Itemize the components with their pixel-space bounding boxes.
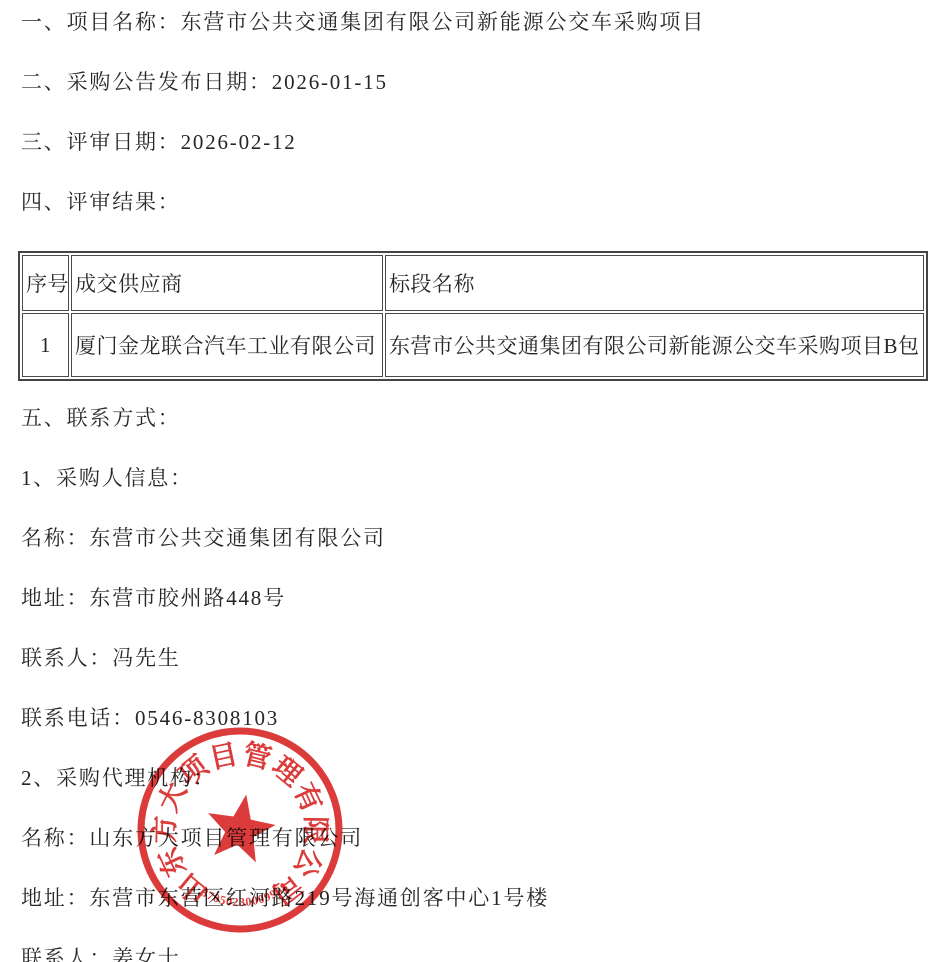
purchaser-contact-line: 联系人：冯先生 — [21, 647, 932, 669]
evaluation-result-table: 序号 成交供应商 标段名称 1 厦门金龙联合汽车工业有限公司 东营市公共交通集团… — [18, 251, 928, 381]
contact-heading: 五、联系方式： — [21, 407, 932, 429]
project-name-line: 一、项目名称：东营市公共交通集团有限公司新能源公交车采购项目 — [21, 11, 932, 33]
review-date-line: 三、评审日期：2026-02-12 — [21, 131, 932, 153]
table-header-cell-seq: 序号 — [22, 255, 69, 311]
agency-contact-line: 联系人：姜女士 — [21, 947, 932, 962]
agency-name-line: 名称：山东方大项目管理有限公司 — [21, 827, 932, 849]
review-result-heading: 四、评审结果： — [21, 191, 932, 213]
table-header-row: 序号 成交供应商 标段名称 — [22, 255, 924, 311]
purchaser-heading: 1、采购人信息： — [21, 467, 932, 489]
table-row: 1 厦门金龙联合汽车工业有限公司 东营市公共交通集团有限公司新能源公交车采购项目… — [22, 313, 924, 377]
announce-date-line: 二、采购公告发布日期：2026-01-15 — [21, 71, 932, 93]
agency-address-line: 地址：东营市东营区红河路219号海通创客中心1号楼 — [21, 887, 932, 909]
document-page: 一、项目名称：东营市公共交通集团有限公司新能源公交车采购项目 二、采购公告发布日… — [0, 0, 936, 962]
table-header-cell-supplier: 成交供应商 — [71, 255, 383, 311]
purchaser-name-line: 名称：东营市公共交通集团有限公司 — [21, 527, 932, 549]
purchaser-address-line: 地址：东营市胶州路448号 — [21, 587, 932, 609]
agency-heading: 2、采购代理机构： — [21, 767, 932, 789]
table-cell-seq: 1 — [22, 313, 69, 377]
table-cell-lot: 东营市公共交通集团有限公司新能源公交车采购项目B包 — [385, 313, 924, 377]
table-cell-supplier: 厦门金龙联合汽车工业有限公司 — [71, 313, 383, 377]
purchaser-phone-line: 联系电话：0546-8308103 — [21, 707, 932, 729]
table-header-cell-lot: 标段名称 — [385, 255, 924, 311]
